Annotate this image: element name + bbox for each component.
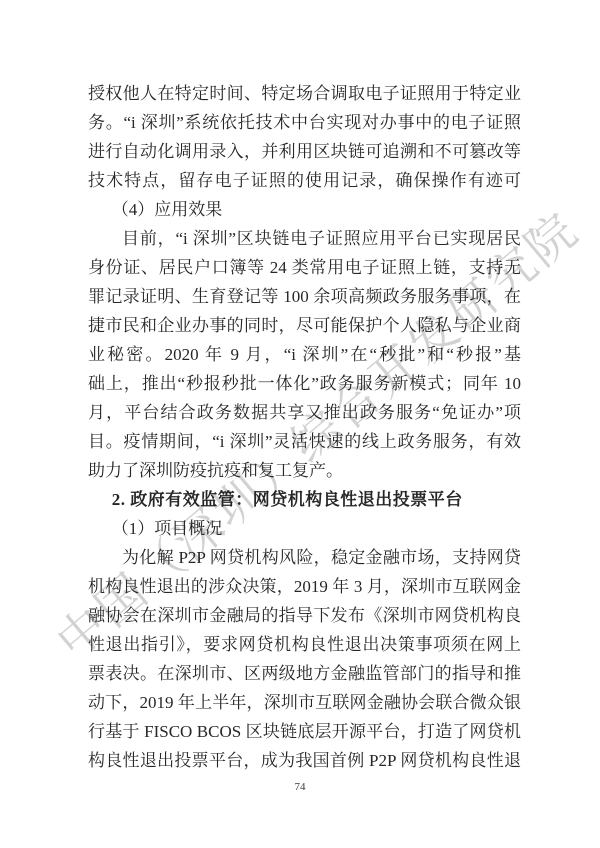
body-line: 构良性退出投票平台，成为我国首例 P2P 网贷机构良性退: [88, 746, 521, 775]
body-line: 机构良性退出的涉众决策，2019 年 3 月，深圳市互联网金: [88, 572, 521, 601]
body-line: 进行自动化调用录入，并利用区块链可追溯和不可篡改等: [88, 137, 521, 166]
body-line: 性退出指引》，要求网贷机构良性退出决策事项须在网上投: [88, 630, 521, 659]
body-line: 身份证、居民户口簿等 24 类常用电子证照上链，支持无犯: [88, 253, 521, 282]
document-page: 中国（深圳）综合开发研究院 授权他人在特定时间、特定场合调取电子证照用于特定业 …: [0, 0, 600, 848]
body-line: 票表决。在深圳市、区两级地方金融监管部门的指导和推: [88, 659, 521, 688]
page-content: 授权他人在特定时间、特定场合调取电子证照用于特定业 务。“i 深圳”系统依托技术…: [88, 79, 521, 775]
subheading-line: （1）项目概况: [88, 514, 521, 543]
body-line: 助力了深圳防疫抗疫和复工复产。: [88, 456, 521, 485]
body-line: 动下，2019 年上半年，深圳市互联网金融协会联合微众银: [88, 688, 521, 717]
body-line: 月，平台结合政务数据共享又推出政务服务“免证办”项: [88, 398, 521, 427]
subheading-line: （4）应用效果: [88, 195, 521, 224]
body-line: 行基于 FISCO BCOS 区块链底层开源平台，打造了网贷机: [88, 717, 521, 746]
section-heading: 2. 政府有效监管：网贷机构良性退出投票平台: [88, 485, 521, 514]
body-line: 技术特点，留存电子证照的使用记录，确保操作有迹可循。: [88, 166, 521, 195]
body-line: 捷市民和企业办事的同时，尽可能保护个人隐私与企业商: [88, 311, 521, 340]
body-line: 融协会在深圳市金融局的指导下发布《深圳市网贷机构良: [88, 601, 521, 630]
body-line: 授权他人在特定时间、特定场合调取电子证照用于特定业: [88, 79, 521, 108]
body-line: 础上，推出“秒报秒批一体化”政务服务新模式；同年 10: [88, 369, 521, 398]
page-number: 74: [0, 781, 600, 793]
body-line: 务。“i 深圳”系统依托技术中台实现对办事中的电子证照: [88, 108, 521, 137]
body-line: 目前，“i 深圳”区块链电子证照应用平台已实现居民: [88, 224, 521, 253]
body-line: 罪记录证明、生育登记等 100 余项高频政务服务事项，在便: [88, 282, 521, 311]
body-line: 为化解 P2P 网贷机构风险，稳定金融市场，支持网贷: [88, 543, 521, 572]
body-line: 业秘密。2020 年 9 月，“i 深圳”在“秒批”和“秒报”基: [88, 340, 521, 369]
body-line: 目。疫情期间，“i 深圳”灵活快速的线上政务服务，有效: [88, 427, 521, 456]
